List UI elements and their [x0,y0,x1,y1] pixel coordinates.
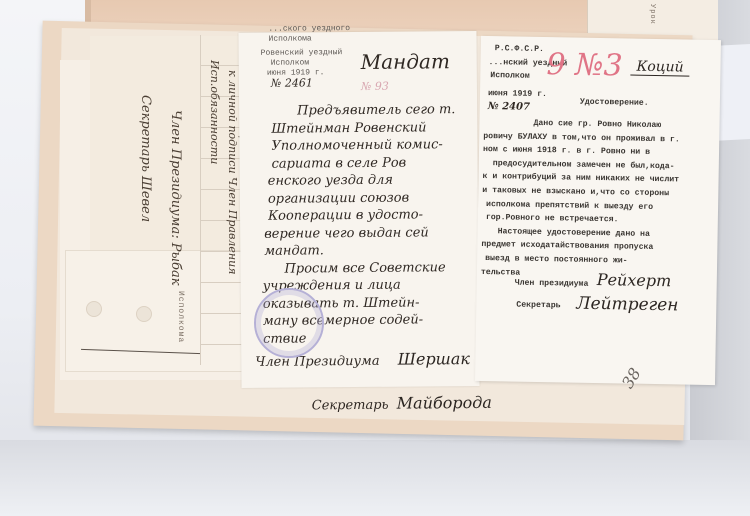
red-pencil-mark: 9 №3 [546,47,623,83]
certificate-secretary-label: Секретарь [516,299,560,313]
mandate-chair-signature: Шершак [398,349,470,369]
certificate-body: Дано сие гр. Ровно Николаю ровичу БУЛАХУ… [481,116,680,283]
mandate-pencil-mark: № 93 [361,80,389,93]
mandate-secretary-line: Секретарь Майборода [312,393,492,414]
round-ink-stamp [254,288,324,358]
left-doc-line-1: Секретарь Шевел [138,95,153,222]
punch-hole [136,306,152,322]
mandate-stamp-header: Ровенский уездный Исполком июня 1919 г. … [261,48,343,89]
left-doc-line-5: к личной подписи Член Правления [226,70,239,275]
certificate-member-label: Член президиума [515,277,589,292]
mandate-secretary-signature: Майборода [397,393,492,413]
punch-hole [86,301,102,317]
background-surface-bottom [0,440,750,516]
mandate-title: Мандат [361,49,450,74]
certificate-document: Р.С.Ф.С.Р. ...нский уездный Исполком июн… [475,36,721,385]
certificate-secretary-signature: Лейтреген [576,294,678,316]
certificate-top-signature: Коций [630,59,689,77]
left-doc-line-2: Член Президиума: Рыбак [168,110,183,286]
left-doc-line-3: Исп.обязанности [208,60,221,164]
ruled-line [81,349,201,354]
certificate-member-signature: Рейхерт [597,270,672,290]
printed-label: Исполкома [176,291,185,343]
certificate-title: Удостоверение. [580,96,649,111]
folder-tab-text: Урок [648,4,656,25]
mandate-top-header: ...ского уездного Исполкома [268,24,350,45]
